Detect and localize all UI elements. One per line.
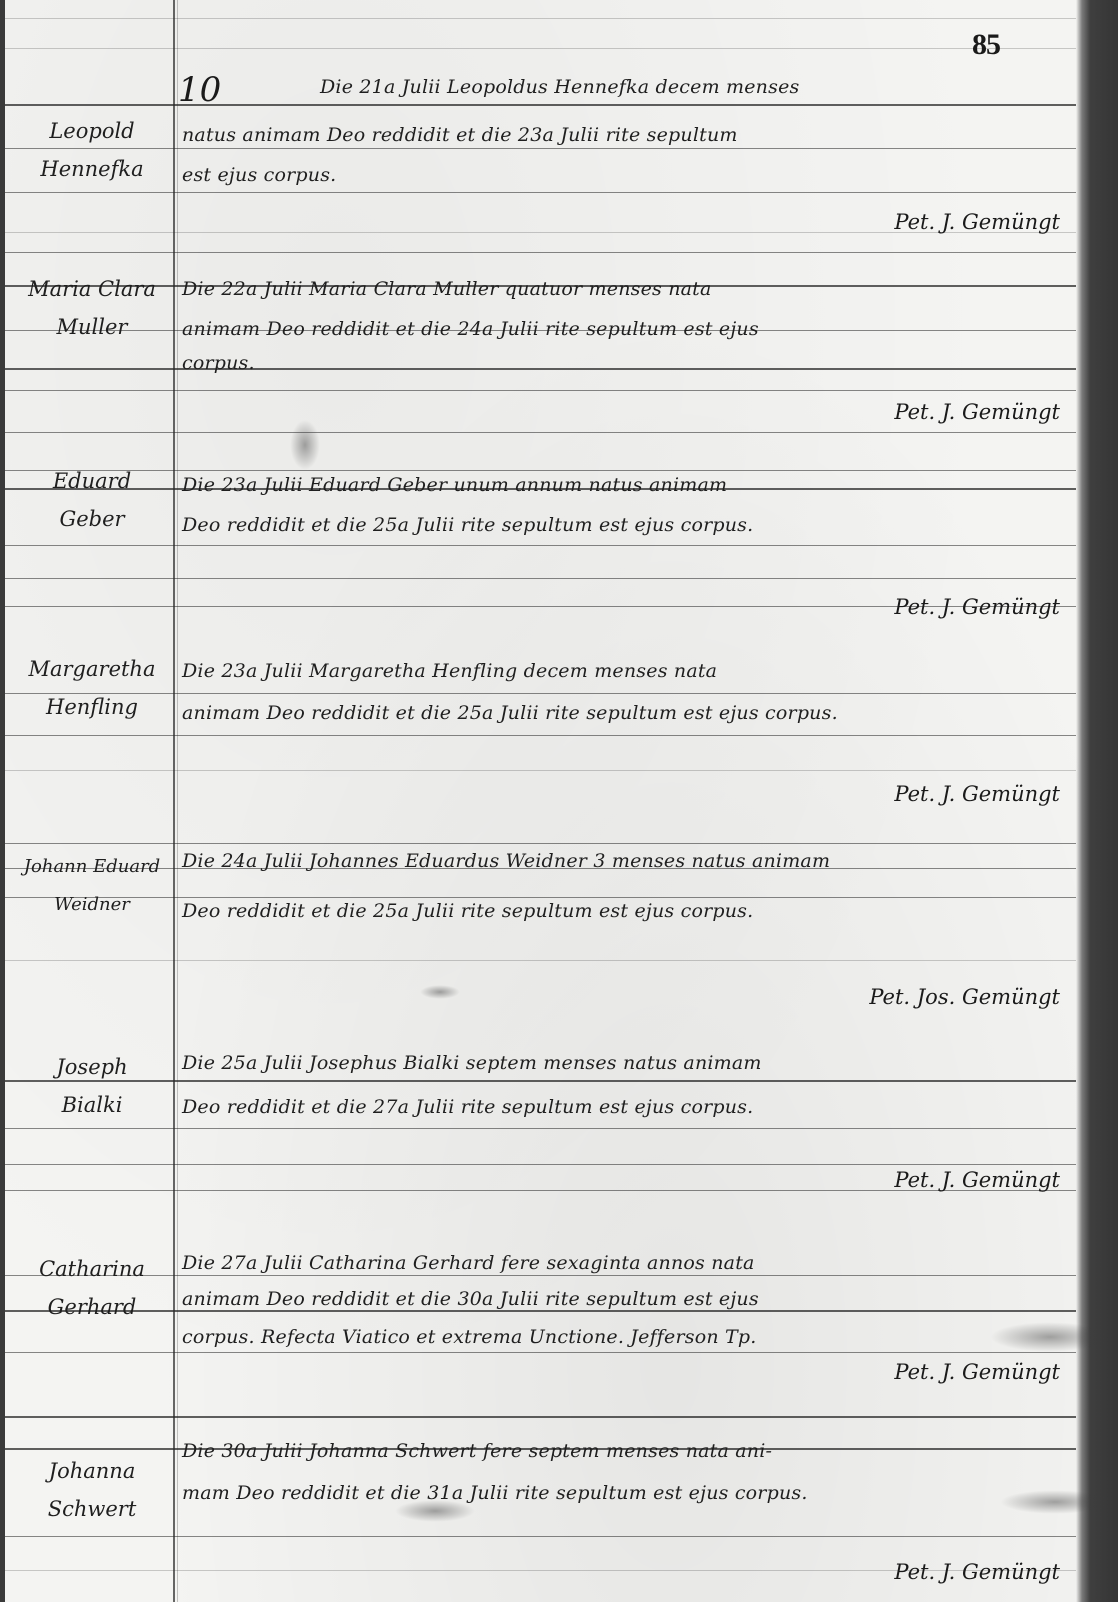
margin-name: Maria Clara Muller	[12, 270, 172, 346]
ruled-line	[5, 1164, 1076, 1165]
entry-text-line: natus animam Deo reddidit et die 23a Jul…	[182, 124, 1062, 146]
margin-name-surname: Weidner	[12, 886, 172, 924]
entry-text-line: Die 21a Julii Leopoldus Hennefka decem m…	[320, 76, 1118, 98]
entry-text-line: Die 30a Julii Johanna Schwert fere septe…	[182, 1440, 1062, 1462]
margin-name-given: Eduard	[12, 462, 172, 500]
ruled-line	[5, 1416, 1076, 1418]
entry-text-line: Die 23a Julii Eduard Geber unum annum na…	[182, 474, 1062, 496]
priest-signature: Pet. J. Gemüngt	[780, 400, 1060, 424]
entry-text-line: Deo reddidit et die 27a Julii rite sepul…	[182, 1096, 1062, 1118]
priest-signature: Pet. J. Gemüngt	[780, 210, 1060, 234]
ruled-line	[5, 1536, 1076, 1537]
ruled-line	[5, 960, 1076, 961]
entry-text-line: Die 27a Julii Catharina Gerhard fere sex…	[182, 1252, 1062, 1274]
entry-text-line: animam Deo reddidit et die 25a Julii rit…	[182, 702, 1062, 724]
ruled-line	[5, 1128, 1076, 1129]
ruled-line	[5, 578, 1076, 579]
ruled-line	[5, 432, 1076, 433]
entry-text-line: Die 23a Julii Margaretha Henfling decem …	[182, 660, 1062, 682]
priest-signature: Pet. J. Gemüngt	[780, 1168, 1060, 1192]
entry-text-line: est ejus corpus.	[182, 164, 1062, 186]
entry-text-line: animam Deo reddidit et die 24a Julii rit…	[182, 318, 1062, 340]
margin-name-given: Johanna	[12, 1452, 172, 1490]
margin-name-given: Leopold	[12, 112, 172, 150]
ruled-line	[5, 545, 1076, 546]
ruled-line	[5, 770, 1076, 771]
ruled-line	[5, 18, 1076, 19]
priest-signature: Pet. J. Gemüngt	[780, 1560, 1060, 1584]
binding-shadow	[1076, 0, 1118, 1602]
page-number: 85	[972, 28, 1000, 62]
entry-text-line: Deo reddidit et die 25a Julii rite sepul…	[182, 514, 1062, 536]
priest-signature: Pet. J. Gemüngt	[780, 595, 1060, 619]
margin-name-given: Catharina	[12, 1250, 172, 1288]
entry-text-line: Deo reddidit et die 25a Julii rite sepul…	[182, 900, 1062, 922]
margin-name-given: Joseph	[12, 1048, 172, 1086]
ruled-line	[5, 192, 1076, 193]
entry-text-line: Die 25a Julii Josephus Bialki septem men…	[182, 1052, 1062, 1074]
priest-signature: Pet. Jos. Gemüngt	[780, 985, 1060, 1009]
margin-name-surname: Henfling	[12, 688, 172, 726]
ruled-line	[5, 843, 1076, 844]
entry-text-line: corpus. Refecta Viatico et extrema Uncti…	[182, 1326, 1062, 1348]
margin-name-surname: Geber	[12, 500, 172, 538]
margin-name: Johanna Schwert	[12, 1452, 172, 1528]
scan-left-edge	[0, 0, 5, 1602]
entry-number: 10	[178, 70, 221, 110]
ink-smudge	[420, 985, 460, 999]
margin-name: Johann Eduard Weidner	[12, 848, 172, 924]
entry-text-line: mam Deo reddidit et die 31a Julii rite s…	[182, 1482, 1062, 1504]
ruled-line	[5, 1352, 1076, 1353]
margin-divider-secondary	[177, 0, 178, 1602]
entry-text-line: Die 24a Julii Johannes Eduardus Weidner …	[182, 850, 1062, 872]
margin-name-surname: Muller	[12, 308, 172, 346]
margin-name-surname: Hennefka	[12, 150, 172, 188]
ruled-line	[5, 390, 1076, 391]
margin-name: Joseph Bialki	[12, 1048, 172, 1124]
margin-name-given: Maria Clara	[12, 270, 172, 308]
ruled-line	[5, 48, 1076, 49]
ruled-line	[5, 735, 1076, 736]
margin-divider	[173, 0, 175, 1602]
priest-signature: Pet. J. Gemüngt	[780, 1360, 1060, 1384]
register-page: 85 10 Leopold Hennefka Die 21a Julii Leo…	[0, 0, 1118, 1602]
ruled-line	[5, 104, 1076, 106]
ruled-line	[5, 252, 1076, 253]
margin-name-surname: Bialki	[12, 1086, 172, 1124]
margin-name: Eduard Geber	[12, 462, 172, 538]
entry-text-line: Die 22a Julii Maria Clara Muller quatuor…	[182, 278, 1062, 300]
margin-name: Margaretha Henfling	[12, 650, 172, 726]
margin-name-surname: Schwert	[12, 1490, 172, 1528]
priest-signature: Pet. J. Gemüngt	[780, 782, 1060, 806]
margin-name-surname: Gerhard	[12, 1288, 172, 1326]
margin-name-given: Johann Eduard	[12, 848, 172, 886]
ink-smudge	[290, 420, 320, 470]
margin-name-given: Margaretha	[12, 650, 172, 688]
entry-text-line: corpus.	[182, 352, 1062, 374]
margin-name: Leopold Hennefka	[12, 112, 172, 188]
entry-text-line: animam Deo reddidit et die 30a Julii rit…	[182, 1288, 1062, 1310]
margin-name: Catharina Gerhard	[12, 1250, 172, 1326]
